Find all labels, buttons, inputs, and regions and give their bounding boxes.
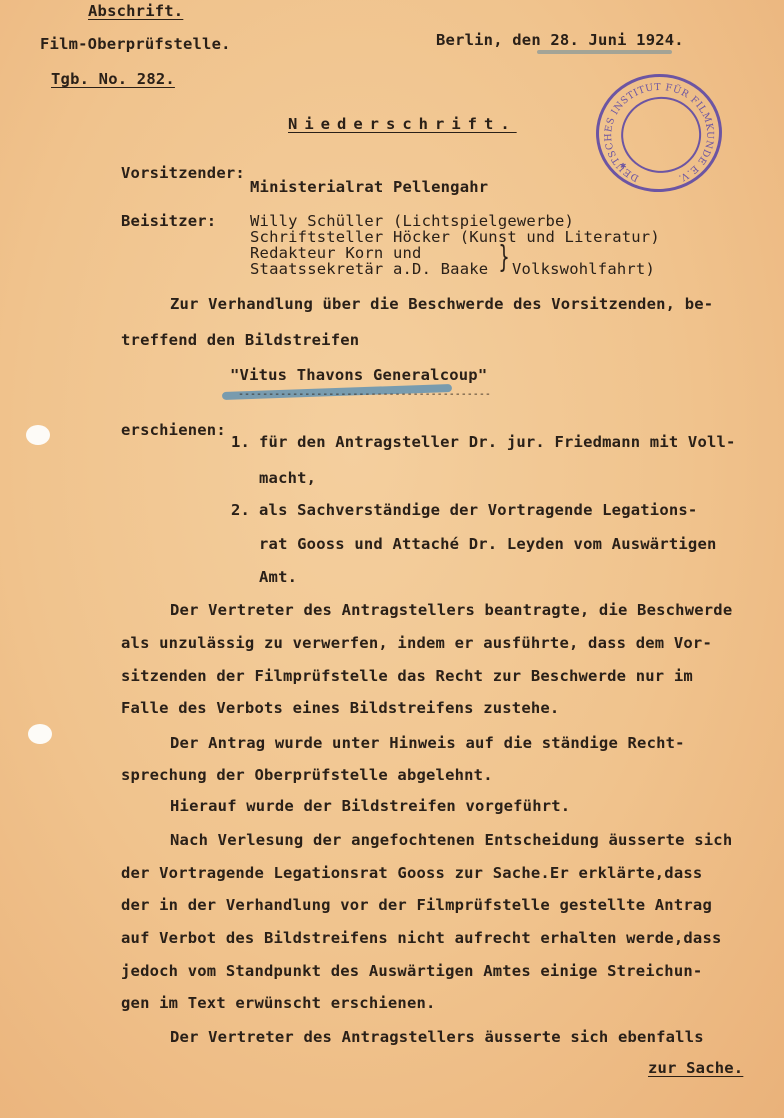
document-title: Niederschrift. <box>288 117 517 133</box>
place-date: Berlin, den 28. Juni 1924. <box>436 33 684 49</box>
para-4-line-5: jedoch vom Standpunkt des Auswärtigen Am… <box>121 964 702 980</box>
grey-crayon-mark <box>537 50 672 54</box>
para-1-line-4: Falle des Verbots eines Bildstreifens zu… <box>121 701 559 717</box>
appeared-2-line-3: Amt. <box>259 570 297 586</box>
para-5-line-1: Der Vertreter des Antragstellers äussert… <box>170 1030 704 1046</box>
assessors-label: Beisitzer: <box>121 214 216 230</box>
appeared-2-line-1: als Sachverständige der Vortragende Lega… <box>259 503 697 519</box>
stamp-star-icon: ✱ <box>620 160 627 171</box>
para-4-line-2: der Vortragende Legationsrat Gooss zur S… <box>121 866 702 882</box>
film-title: "Vitus Thavons Generalcoup" <box>230 368 487 384</box>
para-1-line-1: Der Vertreter des Antragstellers beantra… <box>170 603 732 619</box>
brace-bracket: } <box>499 240 510 275</box>
appeared-1-line-1: für den Antragsteller Dr. jur. Friedmann… <box>259 435 736 451</box>
para-3-line-1: Hierauf wurde der Bildstreifen vorgeführ… <box>170 799 570 815</box>
para-2-line-1: Der Antrag wurde unter Hinweis auf die s… <box>170 736 685 752</box>
appeared-1-line-2: macht, <box>259 471 316 487</box>
document-page: Abschrift. Film-Oberprüfstelle. Tgb. No.… <box>0 0 784 1118</box>
intro-line-1: Zur Verhandlung über die Beschwerde des … <box>170 297 713 313</box>
para-4-line-1: Nach Verlesung der angefochtenen Entsche… <box>170 833 732 849</box>
para-1-line-2: als unzulässig zu verwerfen, indem er au… <box>121 636 712 652</box>
appeared-2-num: 2. <box>231 503 250 519</box>
para-1-line-3: sitzenden der Filmprüfstelle das Recht z… <box>121 669 693 685</box>
office-name: Film-Oberprüfstelle. <box>40 37 231 53</box>
punch-hole-bottom <box>28 724 52 744</box>
appeared-1-num: 1. <box>231 435 250 451</box>
copy-label: Abschrift. <box>88 4 183 20</box>
film-title-dash-underline: ----------------------------------------… <box>238 390 491 400</box>
para-4-line-4: auf Verbot des Bildstreifens nicht aufre… <box>121 931 722 947</box>
intro-line-2: treffend den Bildstreifen <box>121 333 359 349</box>
institute-stamp: DEUTSCHES INSTITUT FÜR FILMKUNDE E.V. ✱ <box>592 70 726 197</box>
chair-name: Ministerialrat Pellengahr <box>250 180 488 196</box>
para-2-line-2: sprechung der Oberprüfstelle abgelehnt. <box>121 768 493 784</box>
continuation-text: zur Sache. <box>648 1061 743 1077</box>
appeared-2-line-2: rat Gooss und Attaché Dr. Leyden vom Aus… <box>259 537 717 553</box>
punch-hole-top <box>26 425 50 445</box>
assessor-4: Staatssekretär a.D. Baake <box>250 262 488 278</box>
chair-label: Vorsitzender: <box>121 166 245 182</box>
para-4-line-3: der in der Verhandlung vor der Filmprüfs… <box>121 898 712 914</box>
appeared-label: erschienen: <box>121 423 226 439</box>
para-4-line-6: gen im Text erwünscht erschienen. <box>121 996 436 1012</box>
assessor-group-label: Volkswohlfahrt) <box>512 262 655 278</box>
reference-number: Tgb. No. 282. <box>51 72 175 88</box>
